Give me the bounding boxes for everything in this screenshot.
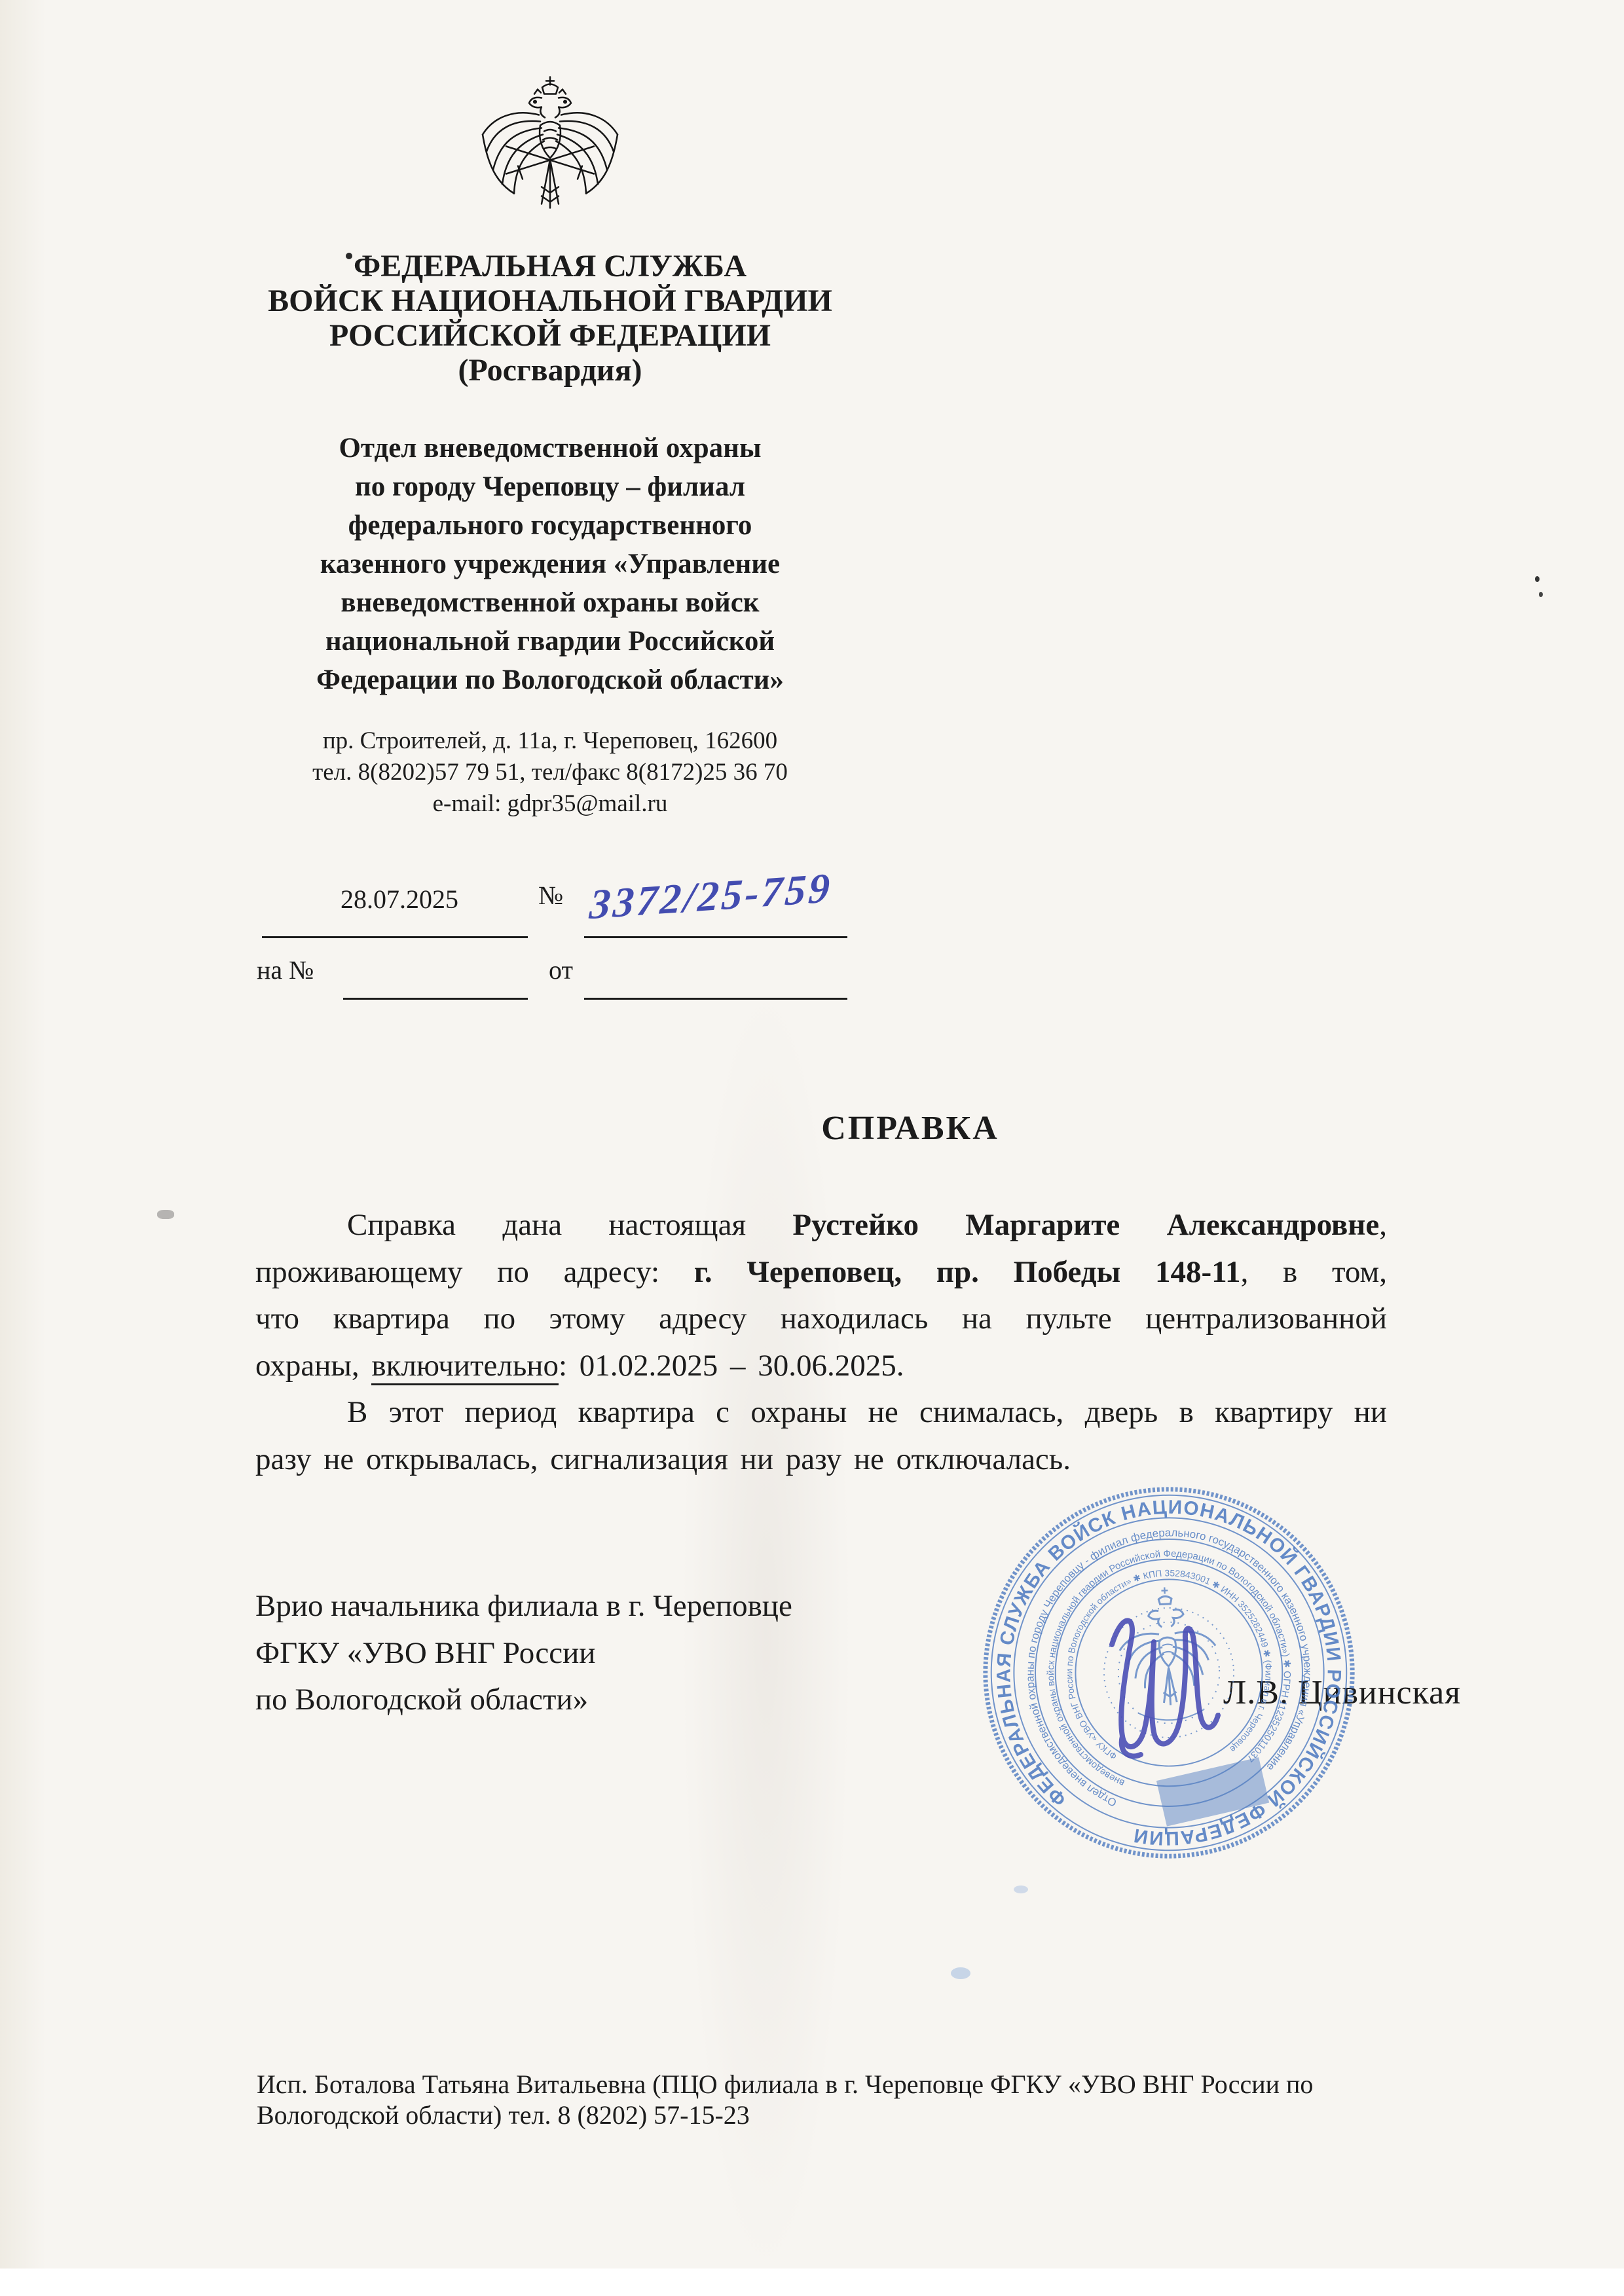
body-line: Справка дана настоящая Рустейко Маргарит… — [255, 1202, 1387, 1249]
number-label: № — [538, 881, 563, 910]
incoming-number-underline — [343, 998, 528, 1000]
recipient-name: Рустейко Маргарите Александровне — [792, 1208, 1379, 1242]
signer-position: Врио начальника филиала в г. Череповце Ф… — [255, 1583, 792, 1724]
org-line: РОССИЙСКОЙ ФЕДЕРАЦИИ — [242, 318, 858, 353]
body-text-run: В этот период квартира с охраны не снима… — [347, 1395, 1387, 1429]
email-line: e-mail: gdpr35@mail.ru — [242, 788, 858, 820]
address-line: пр. Строителей, д. 11а, г. Череповец, 16… — [242, 725, 858, 757]
body-line: В этот период квартира с охраны не снима… — [255, 1389, 1387, 1436]
division-name: Отдел вневедомственной охраны по городу … — [252, 429, 848, 699]
body-text-run: разу не открывалась, сигнализация ни раз… — [255, 1442, 1071, 1476]
org-line: ФЕДЕРАЛЬНАЯ СЛУЖБА — [242, 249, 858, 283]
scan-speck — [1535, 576, 1540, 582]
scan-speck — [951, 1967, 970, 1979]
signer-position-line: ФГКУ «УВО ВНГ России — [255, 1630, 792, 1677]
division-line: национальной гвардии Российской — [252, 622, 848, 661]
executor-line: Вологодской области) тел. 8 (8202) 57-15… — [257, 2100, 1422, 2130]
scan-speck — [1014, 1886, 1028, 1893]
rosgvardiya-eagle-emblem-icon — [468, 73, 632, 216]
organization-name: ФЕДЕРАЛЬНАЯ СЛУЖБА ВОЙСК НАЦИОНАЛЬНОЙ ГВ… — [242, 249, 858, 388]
body-text-run: Справка дана настоящая — [347, 1208, 792, 1242]
org-line: (Росгвардия) — [242, 353, 858, 388]
incoming-number-label: на № — [257, 956, 314, 985]
underlined-word: включительно — [371, 1349, 559, 1385]
body-line: проживающему по адресу: г. Череповец, пр… — [255, 1249, 1387, 1296]
incoming-from-label: от — [549, 956, 573, 985]
scan-speck — [157, 1210, 174, 1219]
body-text-run: , в том, — [1241, 1255, 1387, 1289]
org-line: ВОЙСК НАЦИОНАЛЬНОЙ ГВАРДИИ — [242, 283, 858, 318]
scanned-certificate-page: ФЕДЕРАЛЬНАЯ СЛУЖБА ВОЙСК НАЦИОНАЛЬНОЙ ГВ… — [0, 0, 1624, 2296]
handwritten-document-number: 3372/25-759 — [588, 861, 872, 930]
body-line: что квартира по этому адресу находилась … — [255, 1296, 1387, 1343]
body-text-run: , — [1379, 1208, 1387, 1242]
division-line: вневедомственной охраны войск — [252, 583, 848, 622]
contact-details: пр. Строителей, д. 11а, г. Череповец, 16… — [242, 725, 858, 820]
body-text-run: охраны, — [255, 1349, 371, 1383]
guard-period: : 01.02.2025 – 30.06.2025. — [559, 1349, 904, 1383]
document-body: Справка дана настоящая Рустейко Маргарит… — [255, 1202, 1387, 1483]
executor-line: Исп. Боталова Татьяна Витальевна (ПЦО фи… — [257, 2069, 1422, 2100]
scan-speck — [1539, 592, 1543, 597]
date-underline — [262, 936, 528, 938]
body-line: охраны, включительно: 01.02.2025 – 30.06… — [255, 1343, 1387, 1390]
phone-line: тел. 8(8202)57 79 51, тел/факс 8(8172)25… — [242, 757, 858, 788]
division-line: Федерации по Вологодской области» — [252, 661, 848, 699]
division-line: федерального государственного — [252, 506, 848, 545]
body-text-run: что квартира по этому адресу находилась … — [255, 1302, 1387, 1336]
scan-speck — [346, 253, 352, 259]
division-line: по городу Череповцу – филиал — [252, 467, 848, 506]
scan-bottom-strip — [0, 2269, 1624, 2296]
protected-address: г. Череповец, пр. Победы 148-11 — [694, 1255, 1241, 1289]
document-date: 28.07.2025 — [282, 884, 517, 915]
document-title: СПРАВКА — [255, 1109, 1395, 1148]
signer-position-line: Врио начальника филиала в г. Череповце — [255, 1583, 792, 1630]
division-line: Отдел вневедомственной охраны — [252, 429, 848, 467]
number-underline — [584, 936, 847, 938]
body-text-run: проживающему по адресу: — [255, 1255, 694, 1289]
executor-info: Исп. Боталова Татьяна Витальевна (ПЦО фи… — [257, 2069, 1422, 2130]
incoming-date-underline — [584, 998, 847, 1000]
division-line: казенного учреждения «Управление — [252, 545, 848, 583]
handwritten-signature — [1080, 1558, 1277, 1781]
signer-position-line: по Вологодской области» — [255, 1677, 792, 1724]
scan-edge-tint — [0, 0, 46, 2296]
